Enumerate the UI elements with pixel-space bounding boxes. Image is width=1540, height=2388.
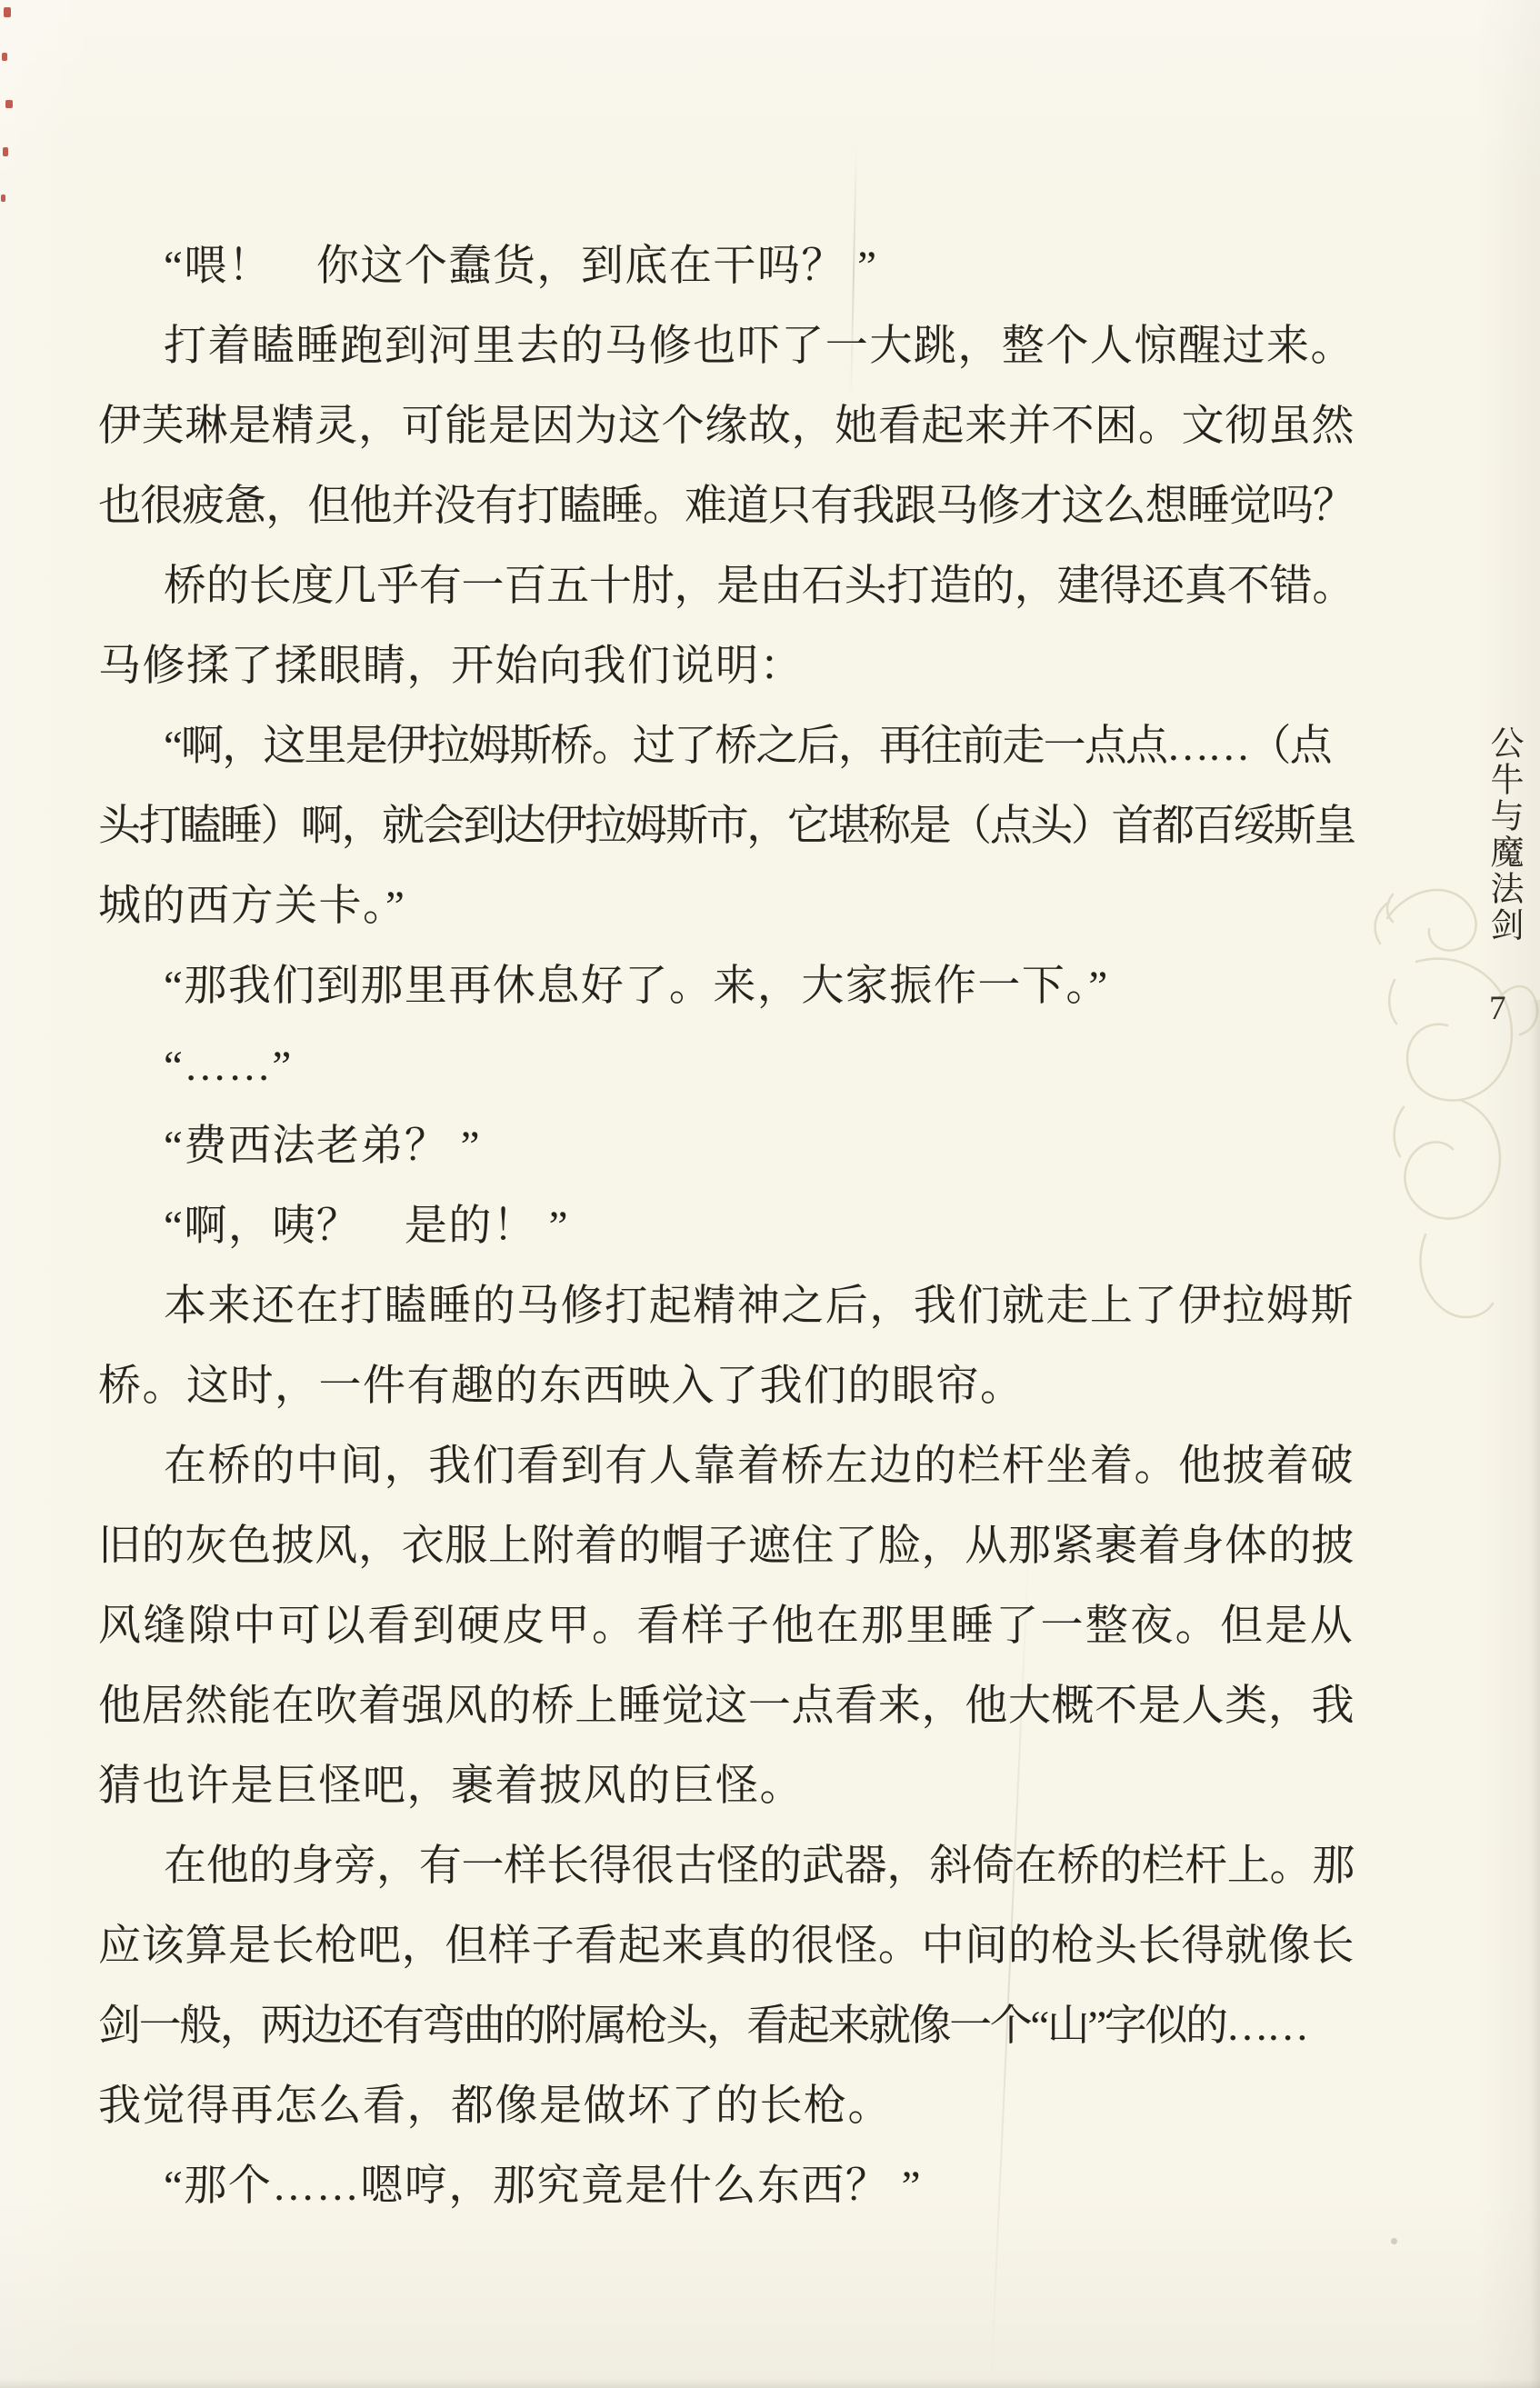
text-line: 头打瞌睡）啊，就会到达伊拉姆斯市，它堪称是（点头）首都百绥斯皇: [98, 786, 1355, 866]
scan-red-speck: [3, 147, 8, 156]
text-line: “啊，这里是伊拉姆斯桥。过了桥之后，再往前走一点点……（点: [98, 706, 1355, 786]
page-number: 7: [1489, 989, 1506, 1028]
scan-speck: [1391, 2238, 1397, 2244]
text-line: 本来还在打瞌睡的马修打起精神之后，我们就走上了伊拉姆斯: [98, 1266, 1355, 1346]
text-line: 剑一般，两边还有弯曲的附属枪头，看起来就像一个“山”字似的……: [98, 1986, 1355, 2066]
text-line: 猜也许是巨怪吧，裹着披风的巨怪。: [98, 1746, 1355, 1826]
text-line: “那个……嗯哼，那究竟是什么东西？ ”: [98, 2146, 1355, 2226]
text-line: “……”: [98, 1026, 1355, 1106]
text-line: 也很疲惫，但他并没有打瞌睡。难道只有我跟马修才这么想睡觉吗？: [98, 466, 1355, 546]
text-line: “费西法老弟？ ”: [98, 1106, 1355, 1186]
text-line: 桥的长度几乎有一百五十肘，是由石头打造的，建得还真不错。: [98, 546, 1355, 626]
book-title-vertical: 公牛与魔法剑: [1478, 725, 1527, 962]
text-line: “喂！ 你这个蠢货，到底在干吗？ ”: [98, 226, 1355, 306]
text-line: 在他的身旁，有一样长得很古怪的武器，斜倚在桥的栏杆上。那: [98, 1826, 1355, 1906]
text-line: 马修揉了揉眼睛，开始向我们说明：: [98, 626, 1355, 706]
text-line: 风缝隙中可以看到硬皮甲。看样子他在那里睡了一整夜。但是从: [98, 1586, 1355, 1666]
scan-red-speck: [2, 53, 7, 61]
text-line: 伊芙琳是精灵，可能是因为这个缘故，她看起来并不困。文彻虽然: [98, 386, 1355, 466]
text-line: 我觉得再怎么看，都像是做坏了的长枪。: [98, 2066, 1355, 2146]
scan-red-speck: [5, 100, 13, 108]
text-line: 城的西方关卡。”: [98, 866, 1355, 946]
scan-red-speck: [4, 7, 11, 17]
text-line: 应该算是长枪吧，但样子看起来真的很怪。中间的枪头长得就像长: [98, 1906, 1355, 1986]
scan-right-edge-shading: [1529, 1000, 1540, 2388]
text-line: “那我们到那里再休息好了。来，大家振作一下。”: [98, 946, 1355, 1026]
text-line: “啊，咦？ 是的！ ”: [98, 1186, 1355, 1266]
text-line: 他居然能在吹着强风的桥上睡觉这一点看来，他大概不是人类，我: [98, 1666, 1355, 1746]
scan-bottom-edge-shading: [0, 2379, 1540, 2388]
text-line: 在桥的中间，我们看到有人靠着桥左边的栏杆坐着。他披着破: [98, 1426, 1355, 1506]
text-line: 桥。这时，一件有趣的东西映入了我们的眼帘。: [98, 1346, 1355, 1426]
text-line: 打着瞌睡跑到河里去的马修也吓了一大跳，整个人惊醒过来。: [98, 306, 1355, 386]
body-text: “喂！ 你这个蠢货，到底在干吗？ ”打着瞌睡跑到河里去的马修也吓了一大跳，整个人…: [98, 226, 1355, 2226]
scan-red-speck: [1, 195, 5, 202]
text-line: 旧的灰色披风，衣服上附着的帽子遮住了脸，从那紧裹着身体的披: [98, 1506, 1355, 1586]
